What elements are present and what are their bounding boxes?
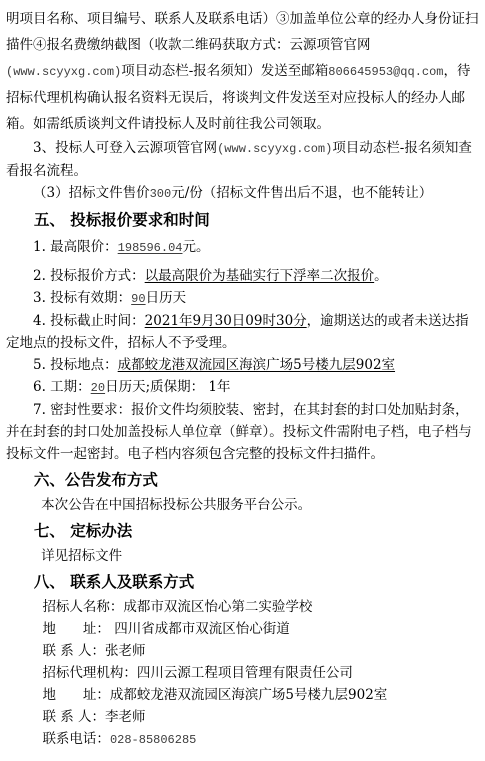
item-deadline: 4. 投标截止时间：2021年9月30日09时30分，逾期送达的或者未送达指定地… bbox=[6, 310, 479, 354]
section-8-heading: 八、 联系人及联系方式 bbox=[6, 570, 479, 594]
award-method-text: 详见招标文件 bbox=[6, 545, 479, 567]
validity-days-value: 90 bbox=[131, 292, 145, 306]
max-price-value: 198596.04 bbox=[118, 241, 183, 255]
agency-name-line: 招标代理机构：四川云源工程项目管理有限责任公司 bbox=[6, 662, 479, 684]
item-period-suffix: 日历天;质保期： 1年 bbox=[105, 379, 230, 395]
section-5-heading: 五、 投标报价要求和时间 bbox=[6, 208, 479, 232]
agency-phone-line: 联系电话：028-85806285 bbox=[6, 728, 479, 751]
section-6-heading: 六、公告发布方式 bbox=[6, 468, 479, 492]
item-construction-period: 6. 工期：20日历天;质保期： 1年 bbox=[6, 376, 479, 399]
paragraph-registration-requirements: 明项目名称、项目编号、联系人及联系电话）③加盖单位公章的经办人身份证扫描件④报名… bbox=[6, 6, 479, 137]
tenderer-contact-line: 联 系 人：张老师 bbox=[6, 640, 479, 662]
phone-label: 联系电话： bbox=[42, 731, 110, 747]
agency-website-url: (www.scyyxg.com) bbox=[6, 65, 121, 79]
tenderer-name-line: 招标人名称：成都市双流区怡心第二实验学校 bbox=[6, 596, 479, 618]
agency-contact-line: 联 系 人：李老师 bbox=[6, 706, 479, 728]
period-days-value: 20 bbox=[91, 381, 105, 395]
deadline-datetime-value: 2021年9月30日09时30分 bbox=[145, 313, 307, 329]
registration-text-2: 项目动态栏-报名须知）发送至邮箱 bbox=[121, 63, 328, 79]
item-period-label: 6. 工期： bbox=[33, 379, 91, 395]
item-max-price-label: 1. 最高限价： bbox=[33, 239, 118, 255]
item-quote-method-label: 2. 投标报价方式： bbox=[33, 268, 145, 284]
item-quote-method: 2. 投标报价方式：以最高限价为基础实行下浮率二次报价。 bbox=[6, 265, 479, 287]
phone-number-value: 028-85806285 bbox=[110, 733, 196, 747]
quote-method-value: 以最高限价为基础实行下浮率二次报价 bbox=[145, 268, 375, 284]
item-validity-label: 3. 投标有效期： bbox=[33, 290, 131, 306]
item-sealing-requirements: 7. 密封性要求：报价文件均须胶装、密封，在其封套的封口处加贴封条，并在封套的封… bbox=[6, 399, 479, 465]
tender-notice-document-page: 明项目名称、项目编号、联系人及联系电话）③加盖单位公章的经办人身份证扫描件④报名… bbox=[0, 0, 485, 761]
item-max-price: 1. 最高限价：198596.04元。 bbox=[6, 236, 479, 259]
login-text-1: 3、投标人可登入云源项管官网 bbox=[33, 140, 217, 156]
bid-location-value: 成都蛟龙港双流园区海滨广场5号楼九层902室 bbox=[118, 357, 395, 373]
item-validity-period: 3. 投标有效期：90日历天 bbox=[6, 287, 479, 310]
item-deadline-label: 4. 投标截止时间： bbox=[33, 313, 145, 329]
doc-price-text-1: （3）招标文件售价 bbox=[33, 185, 150, 201]
agency-website-url-2: (www.scyyxg.com) bbox=[217, 142, 332, 156]
item-bid-location: 5. 投标地点：成都蛟龙港双流园区海滨广场5号楼九层902室 bbox=[6, 354, 479, 376]
item-validity-suffix: 日历天 bbox=[146, 290, 187, 306]
tenderer-address-line: 地 址： 四川省成都市双流区怡心街道 bbox=[6, 618, 479, 640]
registration-email: 806645953@qq.com bbox=[328, 65, 443, 79]
paragraph-login-instructions: 3、投标人可登入云源项管官网(www.scyyxg.com)项目动态栏-报名须知… bbox=[6, 137, 479, 182]
item-quote-method-suffix: 。 bbox=[374, 268, 388, 284]
announcement-platform-text: 本次公告在中国招标投标公共服务平台公示。 bbox=[6, 494, 479, 516]
doc-price-value: 300 bbox=[150, 187, 172, 201]
registration-text-1: 明项目名称、项目编号、联系人及联系电话）③加盖单位公章的经办人身份证扫描件④报名… bbox=[6, 11, 479, 53]
doc-price-text-2: 元/份（招标文件售出后不退，也不能转让） bbox=[171, 185, 432, 201]
paragraph-document-price: （3）招标文件售价300元/份（招标文件售出后不退，也不能转让） bbox=[6, 182, 479, 205]
agency-address-line: 地 址：成都蛟龙港双流园区海滨广场5号楼九层902室 bbox=[6, 684, 479, 706]
section-7-heading: 七、 定标办法 bbox=[6, 519, 479, 543]
item-sealing-label: 7. 密封性要求： bbox=[33, 402, 131, 418]
item-max-price-suffix: 元。 bbox=[182, 239, 209, 255]
item-location-label: 5. 投标地点： bbox=[33, 357, 118, 373]
